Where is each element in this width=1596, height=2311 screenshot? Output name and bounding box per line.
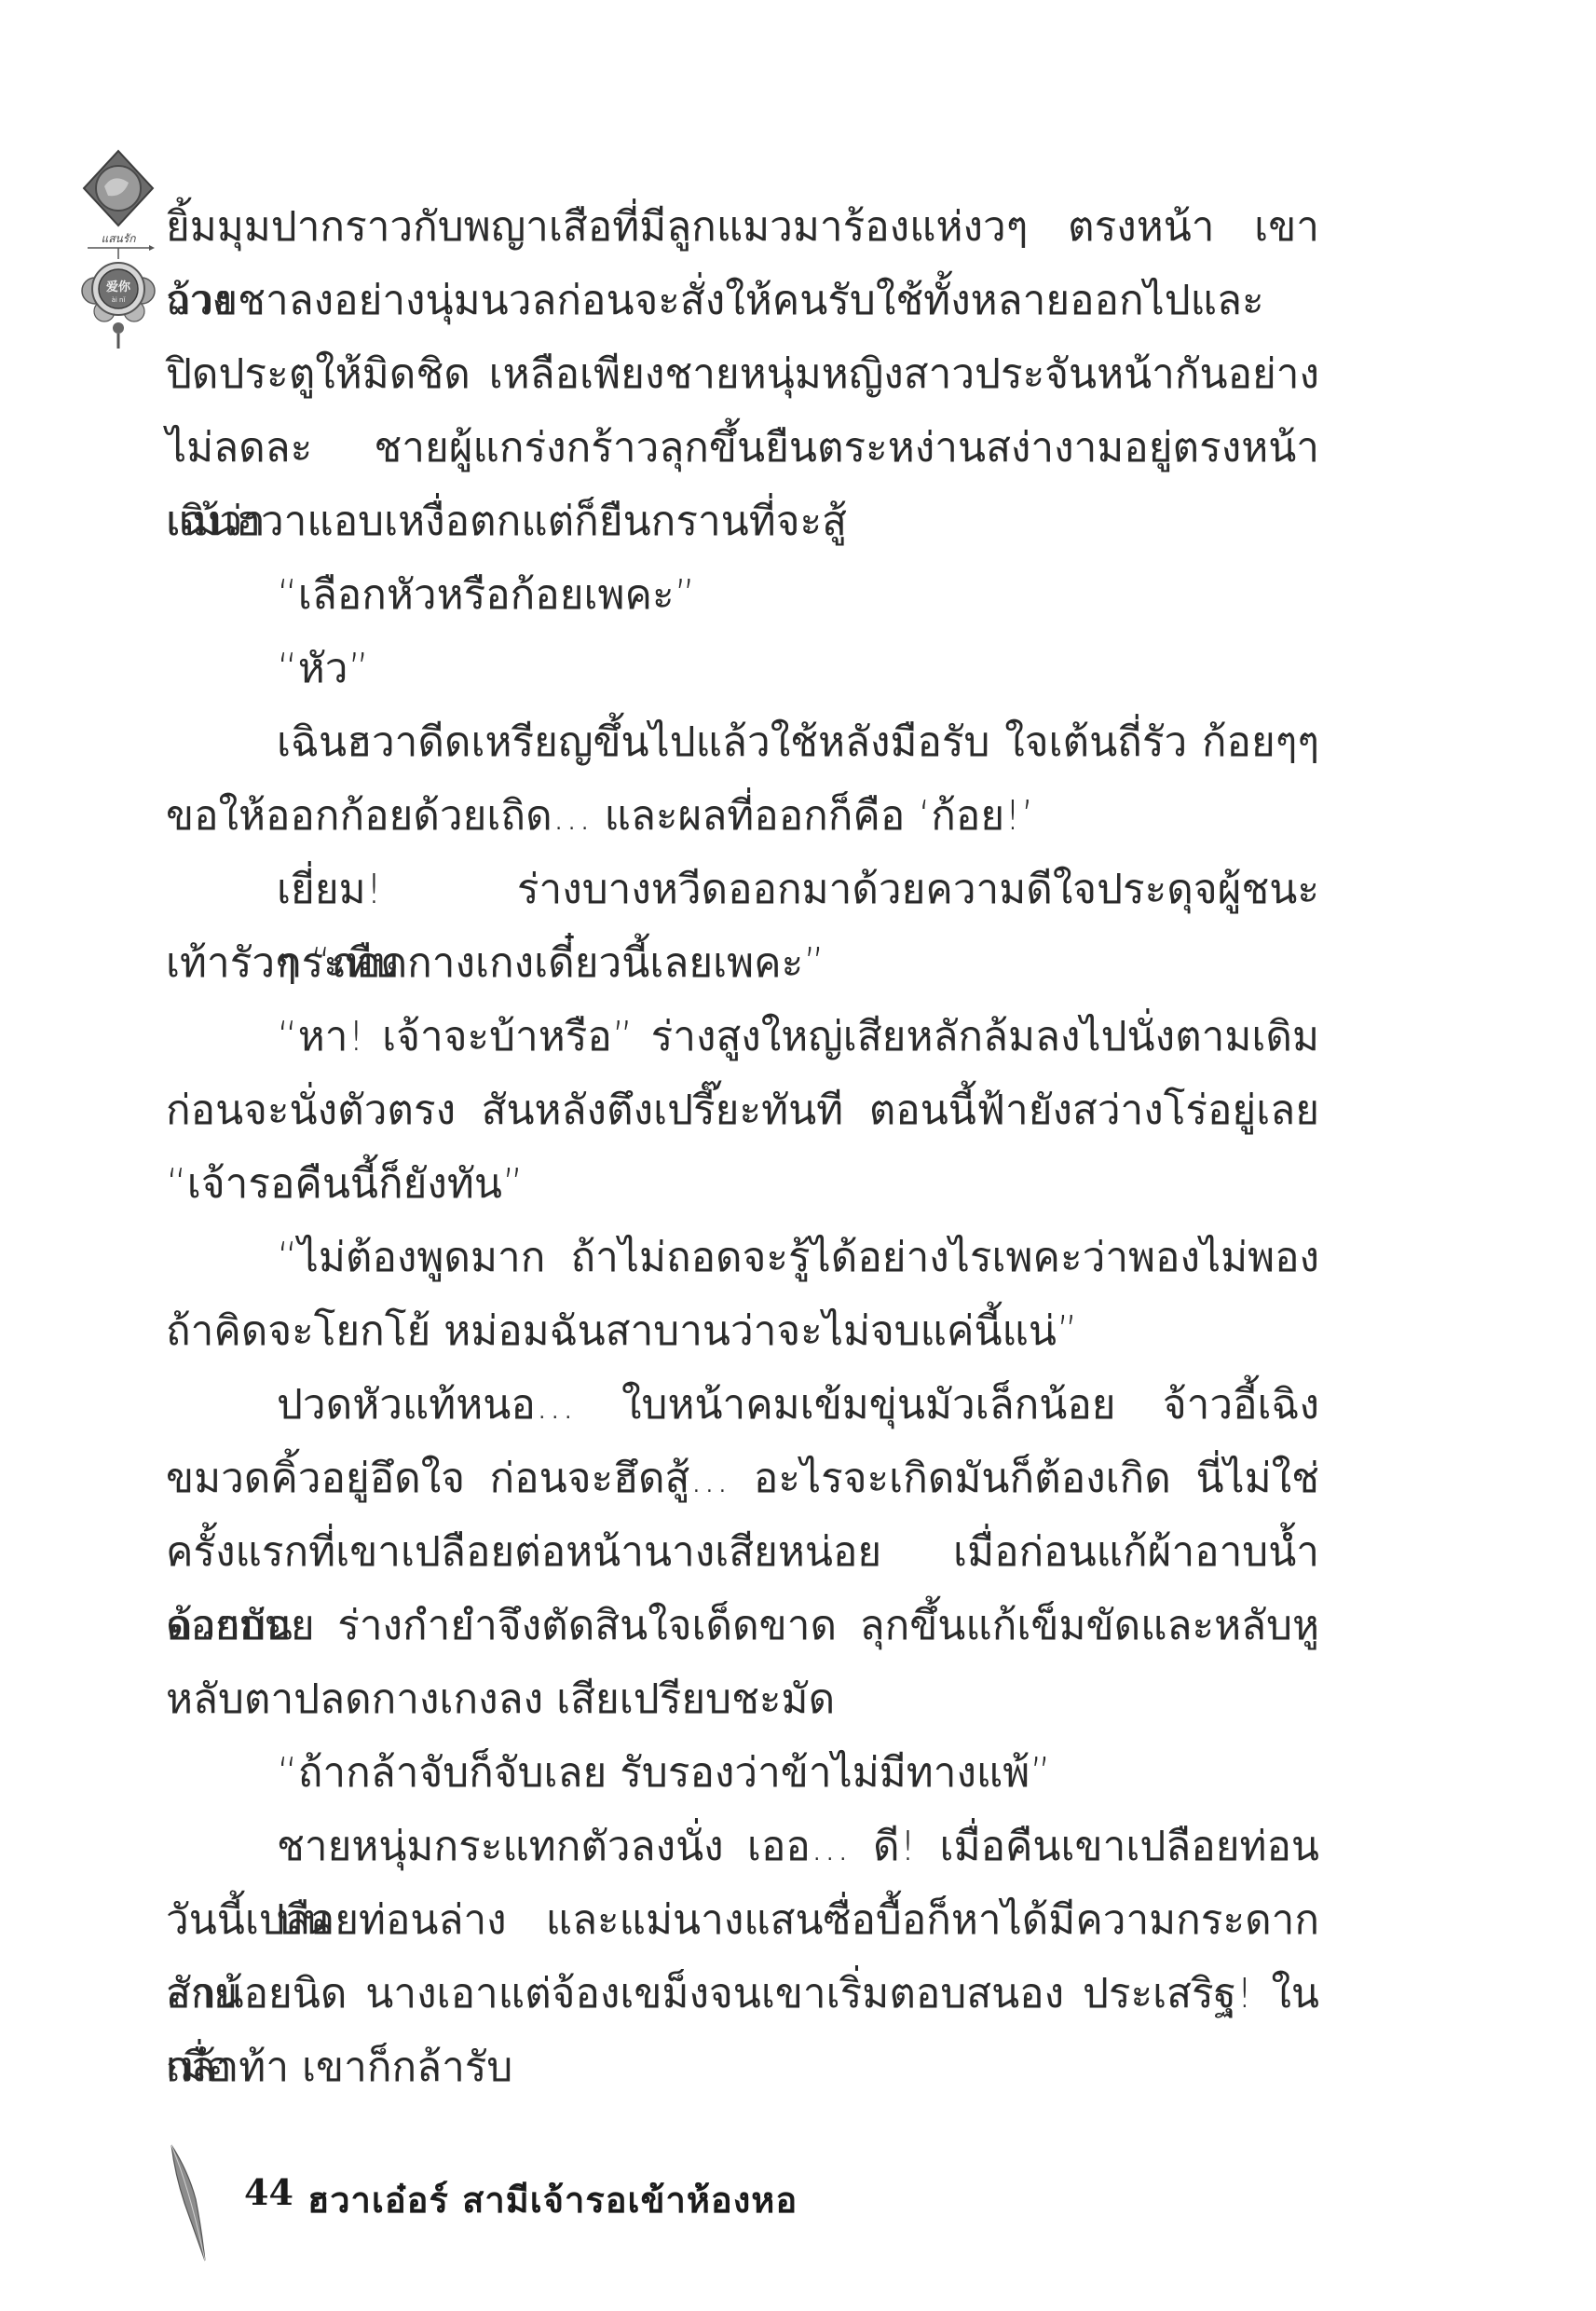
- book-page: แสนรัก 爱你 ài nǐ ยิ้มมุมปากราวกับพญาเสือท…: [0, 0, 1596, 2311]
- dialogue-line: “เจ้ารอคืนนี้ก็ยังทัน”: [166, 1147, 1319, 1221]
- text-line: เฉินฮวาดีดเหรียญขึ้นไปแล้วใช้หลังมือรับ …: [166, 705, 1319, 779]
- dialogue-line: “หา! เจ้าจะบ้าหรือ” ร่างสูงใหญ่เสียหลักล…: [166, 1000, 1319, 1073]
- text-line: เยี่ยม! ร่างบางหวีดออกมาด้วยความดีใจประด…: [166, 853, 1319, 926]
- dialogue-line: “เลือกหัวหรือก้อยเพคะ”: [166, 558, 1319, 632]
- text-line: เฉินฮวาแอบเหงื่อตกแต่ก็ยืนกรานที่จะสู้: [166, 485, 1319, 558]
- text-line: สักน้อยนิด นางเอาแต่จ้องเขม็งจนเขาเริ่มต…: [166, 1957, 1319, 2031]
- text-line: เท้ารัวๆ “ถอดกางเกงเดี๋ยวนี้เลยเพคะ”: [166, 926, 1319, 1000]
- quill-feather-icon: [168, 2143, 224, 2264]
- ornament-label-thai: แสนรัก: [102, 232, 137, 245]
- text-line: ไม่ลดละ ชายผู้แกร่งกร้าวลุกขึ้นยืนตระหง่…: [166, 411, 1319, 485]
- text-line: หลับตาปลดกางเกงลง เสียเปรียบชะมัด: [166, 1662, 1319, 1736]
- book-title: ฮวาเอ๋อร์ สามีเจ้ารอเข้าห้องหอ: [307, 2171, 798, 2228]
- chinese-knot-ornament-icon: แสนรัก 爱你 ài nǐ: [67, 149, 170, 349]
- text-line: วันนี้เปลือยท่อนล่าง และแม่นางแสนซื่อบื้…: [166, 1883, 1319, 1957]
- dialogue-line: “ถ้ากล้าจับก็จับเลย รับรองว่าข้าไม่มีทาง…: [166, 1736, 1319, 1810]
- dialogue-line: “ไม่ต้องพูดมาก ถ้าไม่ถอดจะรู้ได้อย่างไรเ…: [166, 1221, 1319, 1294]
- text-line: ยิ้มมุมปากราวกับพญาเสือที่มีลูกแมวมาร้อง…: [166, 190, 1319, 264]
- text-line: ปวดหัวแท้หนอ... ใบหน้าคมเข้มขุ่นมัวเล็กน…: [166, 1368, 1319, 1442]
- text-line: ครั้งแรกที่เขาเปลือยต่อหน้านางเสียหน่อย …: [166, 1515, 1319, 1589]
- ornament-label-pinyin: ài nǐ: [112, 296, 127, 304]
- text-line: ขมวดคิ้วอยู่อึดใจ ก่อนจะฮึดสู้... อะไรจะ…: [166, 1442, 1319, 1515]
- text-line: กล้าท้า เขาก็กล้ารับ: [166, 2031, 1319, 2104]
- text-line: ออกบ่อย ร่างกำยำจึงตัดสินใจเด็ดขาด ลุกขึ…: [166, 1589, 1319, 1662]
- dialogue-line: ถ้าคิดจะโยกโย้ หม่อมฉันสาบานว่าจะไม่จบแค…: [166, 1294, 1319, 1368]
- text-line: ชายหนุ่มกระแทกตัวลงนั่ง เออ... ดี! เมื่อ…: [166, 1810, 1319, 1883]
- ornament-label-chinese: 爱你: [105, 280, 131, 294]
- text-line: ถ้วยชาลงอย่างนุ่มนวลก่อนจะสั่งให้คนรับใช…: [166, 264, 1319, 337]
- dialogue-line: “หัว”: [166, 632, 1319, 705]
- text-line: ขอให้ออกก้อยด้วยเถิด... และผลที่ออกก็คือ…: [166, 779, 1319, 853]
- text-line: ก่อนจะนั่งตัวตรง สันหลังตึงเปรี๊ยะทันที …: [166, 1073, 1319, 1147]
- text-line: ปิดประตูให้มิดชิด เหลือเพียงชายหนุ่มหญิง…: [166, 337, 1319, 411]
- page-footer: 44 ฮวาเอ๋อร์ สามีเจ้ารอเข้าห้องหอ: [158, 2134, 997, 2274]
- page-number: 44: [244, 2171, 293, 2213]
